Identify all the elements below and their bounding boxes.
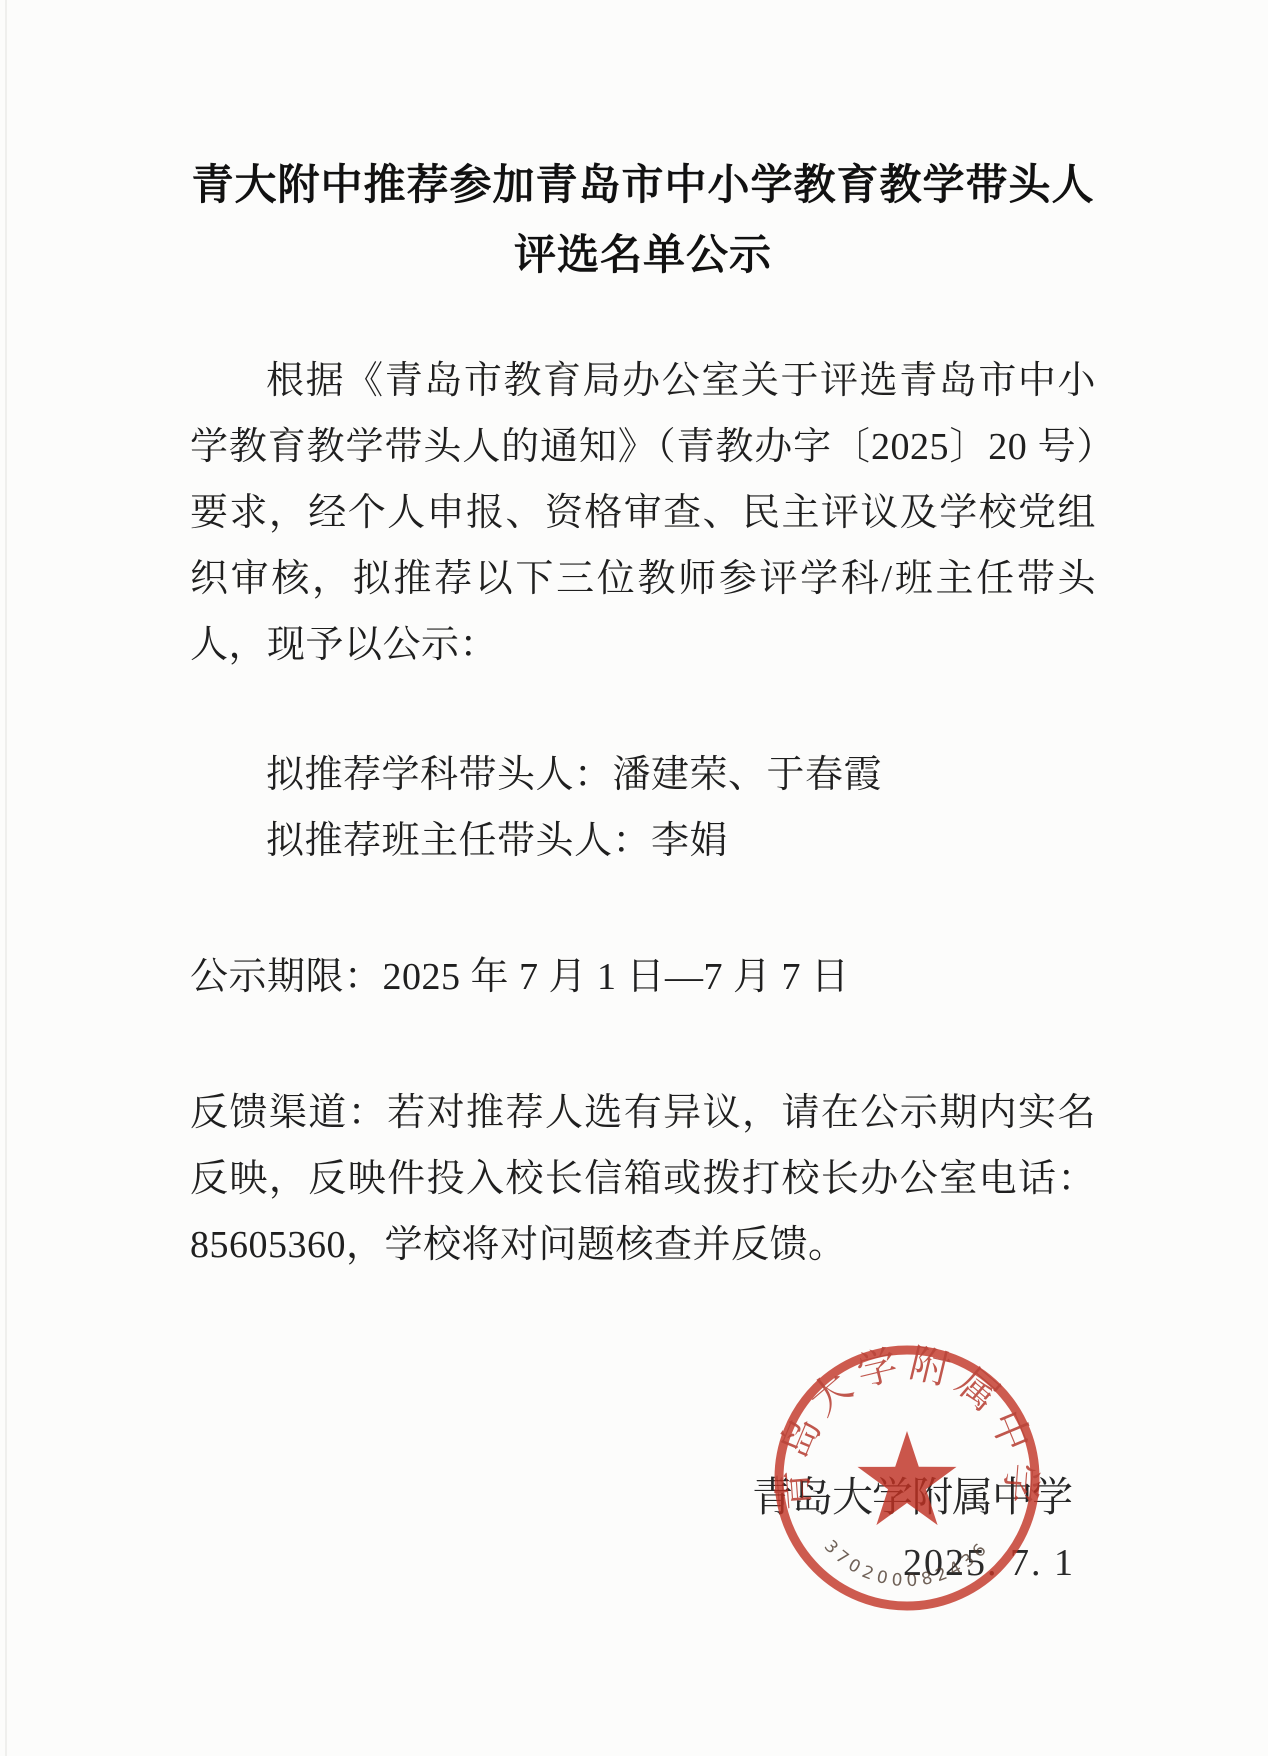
head-teacher-leaders-line: 拟推荐班主任带头人：李娟: [190, 808, 1096, 874]
document-content: 青大附中推荐参加青岛市中小学教育教学带头人 评选名单公示 根据《青岛市教育局办公…: [190, 150, 1096, 1278]
document-title: 青大附中推荐参加青岛市中小学教育教学带头人 评选名单公示: [190, 150, 1096, 290]
seal-star-icon: [858, 1431, 957, 1525]
official-seal-stamp-icon: 青岛大学附属中学 370200082436: [762, 1333, 1052, 1623]
subject-leaders-line: 拟推荐学科带头人：潘建荣、于春霞: [190, 742, 1096, 808]
page-edge-line: [5, 0, 7, 1756]
title-line-1: 青大附中推荐参加青岛市中小学教育教学带头人: [191, 161, 1094, 208]
seal-serial-number: 370200082436: [820, 1537, 994, 1592]
title-line-2: 评选名单公示: [514, 231, 772, 278]
publicity-period-line: 公示期限：2025 年 7 月 1 日—7 月 7 日: [190, 944, 1096, 1010]
feedback-paragraph: 反馈渠道：若对推荐人选有异议，请在公示期内实名反映，反映件投入校长信箱或拨打校长…: [190, 1080, 1096, 1278]
announcement-page: 青大附中推荐参加青岛市中小学教育教学带头人 评选名单公示 根据《青岛市教育局办公…: [0, 0, 1268, 1756]
recommendation-block: 拟推荐学科带头人：潘建荣、于春霞 拟推荐班主任带头人：李娟: [190, 742, 1096, 874]
intro-paragraph: 根据《青岛市教育局办公室关于评选青岛市中小学教育教学带头人的通知》（青教办字〔2…: [190, 348, 1096, 678]
